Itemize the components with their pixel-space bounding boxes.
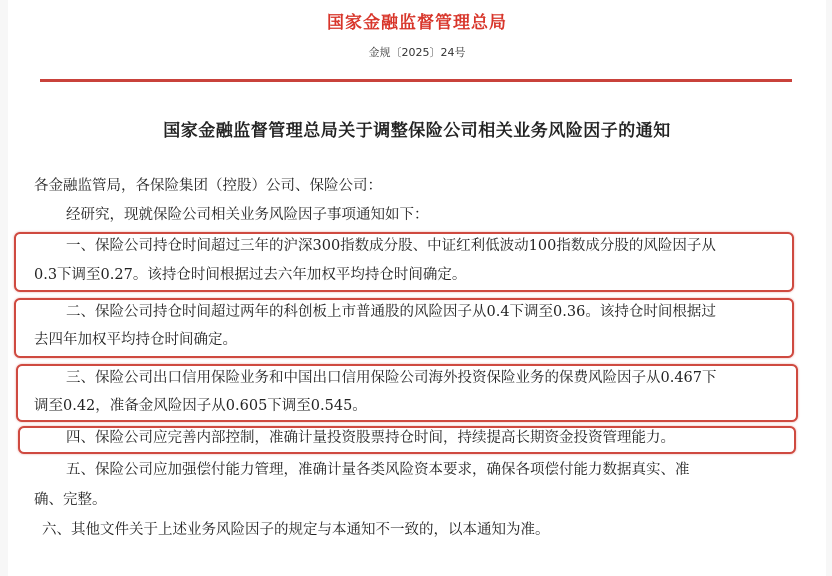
agency-header: 国家金融监督管理总局 [8, 8, 826, 33]
document-page: 国家金融监督管理总局 金规〔2025〕24号 国家金融监督管理总局关于调整保险公… [8, 0, 826, 576]
document-number: 金规〔2025〕24号 [8, 44, 826, 60]
header-red-rule [40, 79, 792, 82]
intro-paragraph: 经研究，现就保险公司相关业务风险因子事项通知如下： [66, 201, 429, 229]
item-6-line-1: 六、其他文件关于上述业务风险因子的规定与本通知不一致的，以本通知为准。 [42, 516, 550, 544]
item-3-line-2: 调至0.42，准备金风险因子从0.605下调至0.545。 [34, 392, 367, 420]
item-2-line-2: 去四年加权平均持仓时间确定。 [34, 326, 237, 354]
item-4-line-1: 四、保险公司应完善内部控制，准确计量投资股票持仓时间，持续提高长期资金投资管理能… [66, 424, 675, 452]
item-5-line-1: 五、保险公司应加强偿付能力管理，准确计量各类风险资本要求，确保各项偿付能力数据真… [66, 456, 690, 484]
item-2-line-1: 二、保险公司持仓时间超过两年的科创板上市普通股的风险因子从0.4下调至0.36。… [66, 298, 716, 326]
item-1-line-2: 0.3下调至0.27。该持仓时间根据过去六年加权平均持仓时间确定。 [34, 261, 466, 289]
item-1-line-1: 一、保险公司持仓时间超过三年的沪深300指数成分股、中证红利低波动100指数成分… [66, 232, 716, 260]
document-title: 国家金融监督管理总局关于调整保险公司相关业务风险因子的通知 [8, 116, 826, 141]
item-5-line-2: 确、完整。 [34, 486, 107, 514]
item-3-line-1: 三、保险公司出口信用保险业务和中国出口信用保险公司海外投资保险业务的保费风险因子… [66, 364, 717, 392]
salutation: 各金融监管局，各保险集团（控股）公司、保险公司： [34, 172, 382, 200]
